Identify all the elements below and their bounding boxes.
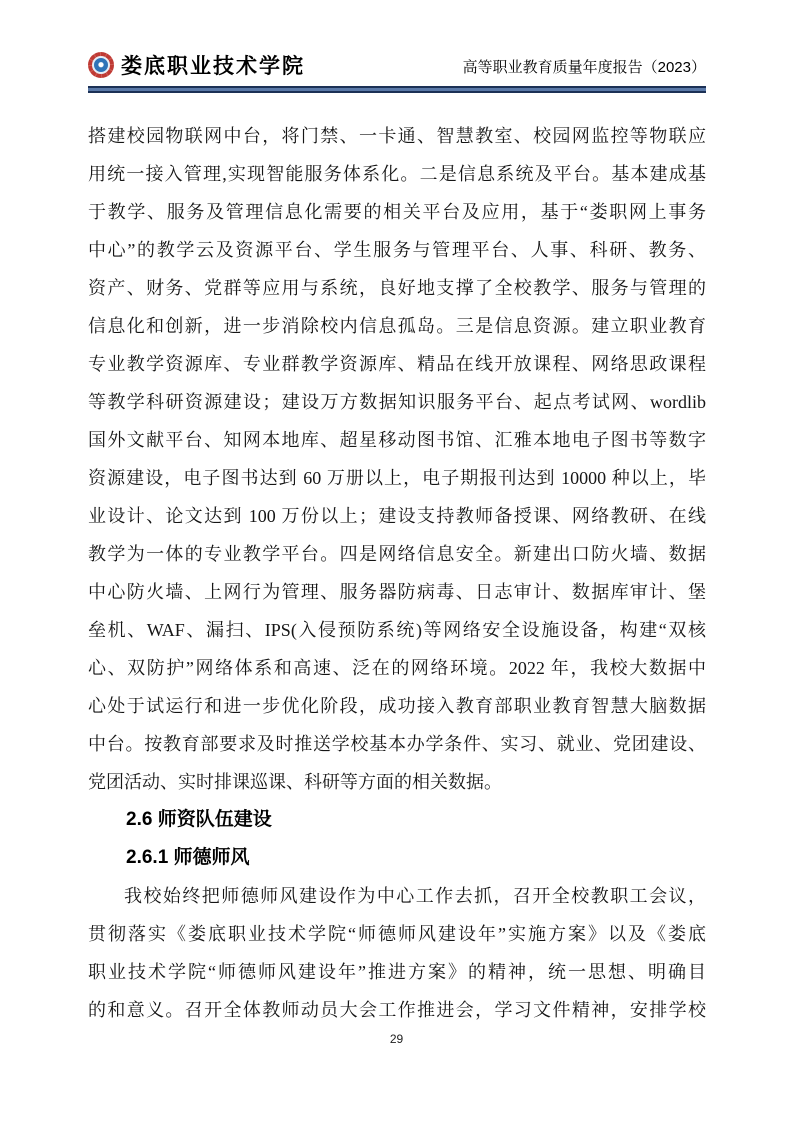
school-name: 娄底职业技术学院 bbox=[121, 50, 305, 80]
body-line: 中心”的教学云及资源平台、学生服务与管理平台、人事、科研、教务、 bbox=[88, 231, 706, 269]
page-number: 29 bbox=[390, 1032, 403, 1046]
school-brand: 娄底职业技术学院 bbox=[88, 50, 305, 80]
body-line: 心处于试运行和进一步优化阶段，成功接入教育部职业教育智慧大脑数据 bbox=[88, 687, 706, 725]
body-line: 职业技术学院“师德师风建设年”推进方案》的精神，统一思想、明确目 bbox=[88, 953, 706, 991]
body-line: 信息化和创新，进一步消除校内信息孤岛。三是信息资源。建立职业教育 bbox=[88, 307, 706, 345]
school-seal-icon bbox=[88, 52, 114, 78]
body-line: 国外文献平台、知网本地库、超星移动图书馆、汇雅本地电子图书等数字 bbox=[88, 421, 706, 459]
subsection-heading: 2.6.1 师德师风 bbox=[88, 839, 706, 877]
body-line: 党团活动、实时排课巡课、科研等方面的相关数据。 bbox=[88, 763, 706, 801]
body-line: 中台。按教育部要求及时推送学校基本办学条件、实习、就业、党团建设、 bbox=[88, 725, 706, 763]
body-line: 我校始终把师德师风建设作为中心工作去抓，召开全校教职工会议， bbox=[88, 877, 706, 915]
page-footer: 29 bbox=[0, 1030, 793, 1048]
body-line: 于教学、服务及管理信息化需要的相关平台及应用，基于“娄职网上事务 bbox=[88, 193, 706, 231]
body-line: 心、双防护”网络体系和高速、泛在的网络环境。2022 年，我校大数据中 bbox=[88, 649, 706, 687]
body-line: 垒机、WAF、漏扫、IPS(入侵预防系统)等网络安全设施设备，构建“双核 bbox=[88, 611, 706, 649]
body-line: 搭建校园物联网中台，将门禁、一卡通、智慧教室、校园网监控等物联应 bbox=[88, 117, 706, 155]
body-line: 等教学科研资源建设；建设万方数据知识服务平台、起点考试网、wordlib bbox=[88, 383, 706, 421]
section-heading: 2.6 师资队伍建设 bbox=[88, 801, 706, 839]
body-line: 的和意义。召开全体教师动员大会工作推进会，学习文件精神，安排学校 bbox=[88, 991, 706, 1029]
body-line: 资源建设，电子图书达到 60 万册以上，电子期报刊达到 10000 种以上，毕 bbox=[88, 459, 706, 497]
page-header: 娄底职业技术学院 高等职业教育质量年度报告（2023） bbox=[88, 50, 706, 93]
report-title: 高等职业教育质量年度报告（2023） bbox=[463, 56, 706, 80]
header-divider bbox=[88, 86, 706, 93]
report-page: 娄底职业技术学院 高等职业教育质量年度报告（2023） 搭建校园物联网中台，将门… bbox=[0, 0, 793, 1122]
header-row: 娄底职业技术学院 高等职业教育质量年度报告（2023） bbox=[88, 50, 706, 86]
document-body: 搭建校园物联网中台，将门禁、一卡通、智慧教室、校园网监控等物联应 用统一接入管理… bbox=[88, 117, 706, 1029]
body-line: 教学为一体的专业教学平台。四是网络信息安全。新建出口防火墙、数据 bbox=[88, 535, 706, 573]
body-line: 专业教学资源库、专业群教学资源库、精品在线开放课程、网络思政课程 bbox=[88, 345, 706, 383]
body-line: 资产、财务、党群等应用与系统，良好地支撑了全校教学、服务与管理的 bbox=[88, 269, 706, 307]
body-line: 中心防火墙、上网行为管理、服务器防病毒、日志审计、数据库审计、堡 bbox=[88, 573, 706, 611]
body-line: 用统一接入管理,实现智能服务体系化。二是信息系统及平台。基本建成基 bbox=[88, 155, 706, 193]
body-line: 贯彻落实《娄底职业技术学院“师德师风建设年”实施方案》以及《娄底 bbox=[88, 915, 706, 953]
school-seal-center bbox=[92, 56, 110, 74]
body-line: 业设计、论文达到 100 万份以上；建设支持教师备授课、网络教研、在线 bbox=[88, 497, 706, 535]
